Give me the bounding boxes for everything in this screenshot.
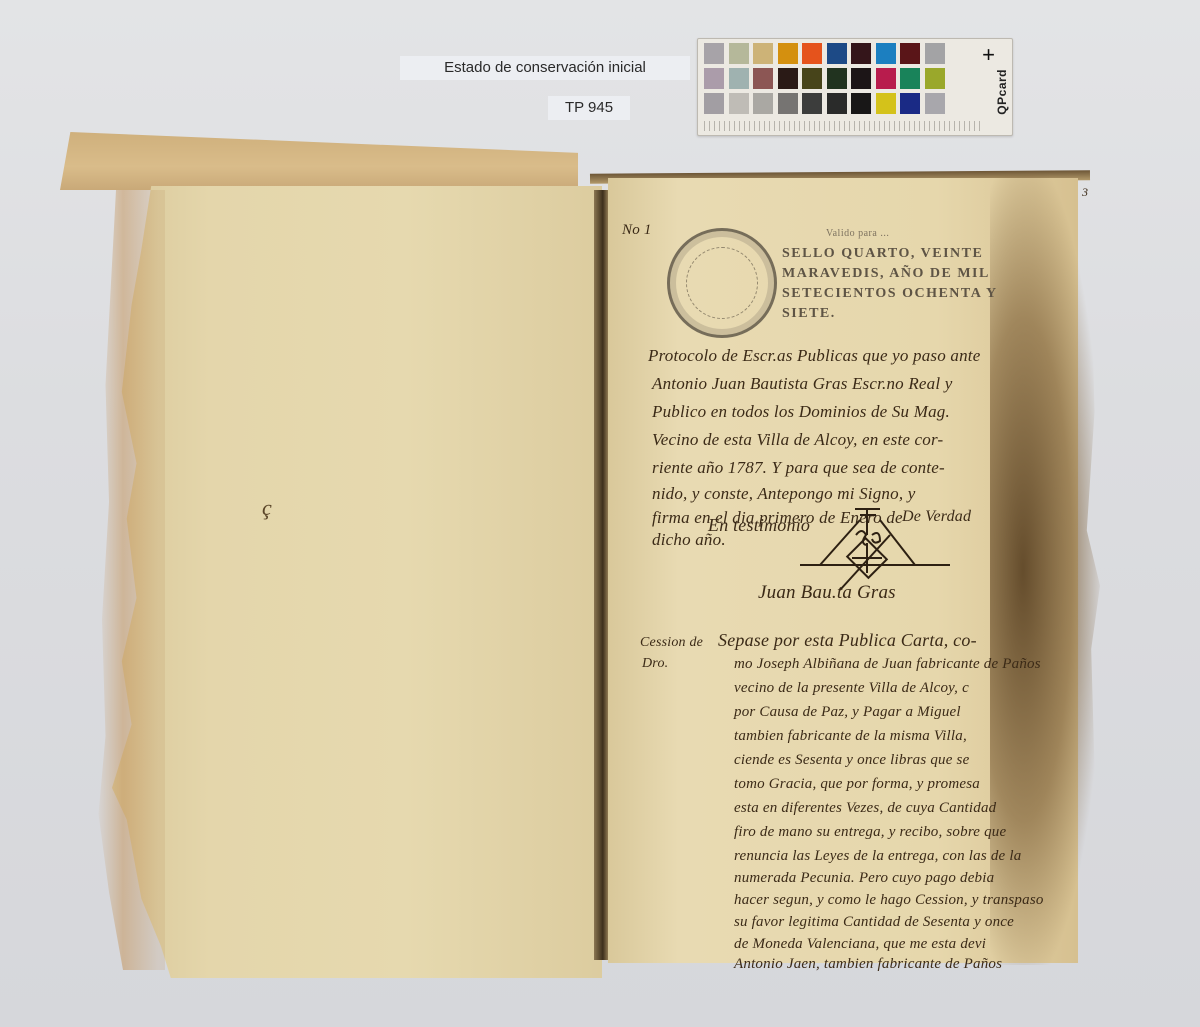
text-line: de Moneda Valenciana, que me esta devi <box>734 936 986 953</box>
header-small-print: Valido para ... <box>826 228 889 239</box>
left-page-margin-mark: ç <box>262 495 272 521</box>
stamp-text-line: SELLO QUARTO, VEINTE <box>782 246 983 262</box>
left-page <box>112 186 602 978</box>
stamp-text-line: SETECIENTOS OCHENTA Y <box>782 286 998 302</box>
text-line: por Causa de Paz, y Pagar a Miguel <box>734 704 961 721</box>
text-line: riente año 1787. Y para que sea de conte… <box>652 458 945 478</box>
text-line: ciende es Sesenta y once libras que se <box>734 752 969 769</box>
margin-note-line: Cession de <box>640 635 703 651</box>
text-line: esta en diferentes Vezes, de cuya Cantid… <box>734 800 996 817</box>
text-line: renuncia las Leyes de la entrega, con la… <box>734 848 1021 865</box>
margin-note-line: Dro. <box>642 656 668 672</box>
notary-signature-name: Juan Bau.ta Gras <box>758 582 896 604</box>
page-corner-number: 3 <box>1082 185 1088 200</box>
stamp-text-line: MARAVEDIS, AÑO DE MIL <box>782 266 990 282</box>
tax-seal-stamp <box>667 228 777 338</box>
text-line: firo de mano su entrega, y recibo, sobre… <box>734 824 1006 841</box>
text-line: nido, y conste, Antepongo mi Signo, y <box>652 484 915 504</box>
stamp-text-line: SIETE. <box>782 306 836 322</box>
seal-inner-ring <box>686 247 758 319</box>
text-line: Protocolo de Escr.as Publicas que yo pas… <box>648 346 980 366</box>
open-manuscript-book: ç No 1 3 Valido para ... SELLO QUARTO, V… <box>0 0 1200 1027</box>
fire-damage-edge <box>990 175 1100 965</box>
text-line: hacer segun, y como le hago Cession, y t… <box>734 892 1044 909</box>
left-edge-water-stain <box>95 190 165 970</box>
text-line: Publico en todos los Dominios de Su Mag. <box>652 402 950 422</box>
text-line: tambien fabricante de la misma Villa, <box>734 728 967 745</box>
text-line: su favor legitima Cantidad de Sesenta y … <box>734 914 1014 931</box>
text-line: Sepase por esta Publica Carta, co- <box>718 630 977 651</box>
text-line: Antonio Jaen, tambien fabricante de Paño… <box>734 956 1002 973</box>
torn-flyleaf-flap <box>60 132 578 190</box>
text-line: Antonio Juan Bautista Gras Escr.no Real … <box>652 374 952 394</box>
text-line: mo Joseph Albiñana de Juan fabricante de… <box>734 656 1041 673</box>
text-line: tomo Gracia, que por forma, y promesa <box>734 776 980 793</box>
signature-left: En testimonio <box>708 515 810 536</box>
text-line: Vecino de esta Villa de Alcoy, en este c… <box>652 430 943 450</box>
text-line: vecino de la presente Villa de Alcoy, c <box>734 680 969 697</box>
folio-number: No 1 <box>622 222 652 239</box>
text-line: numerada Pecunia. Pero cuyo pago debia <box>734 870 994 887</box>
